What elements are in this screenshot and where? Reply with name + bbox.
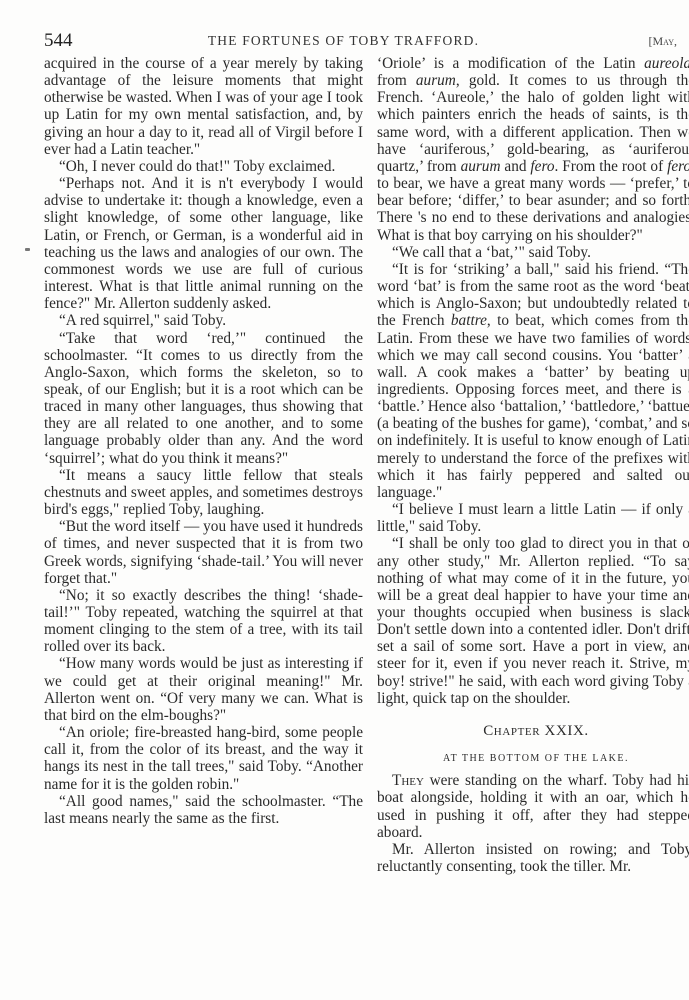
- paragraph: “No; it so exactly describes the thing! …: [44, 587, 363, 656]
- paragraph: “It means a saucy little fellow that ste…: [44, 467, 363, 518]
- paragraph: ‘Oriole’ is a modification of the Latin …: [377, 55, 689, 244]
- paragraph: “I believe I must learn a little Latin —…: [377, 501, 689, 535]
- paragraph: They were standing on the wharf. Toby ha…: [377, 772, 689, 841]
- issue-month: [May,: [649, 34, 678, 49]
- paragraph: “A red squirrel," said Toby.: [44, 312, 363, 329]
- paragraph: “Perhaps not. And it is n't everybody I …: [44, 175, 363, 312]
- paragraph: “Oh, I never could do that!" Toby exclai…: [44, 158, 363, 175]
- paragraph: “I shall be only too glad to direct you …: [377, 535, 689, 707]
- paragraph: Mr. Allerton insisted on rowing; and Tob…: [377, 841, 689, 875]
- paragraph: “We call that a ‘bat,’" said Toby.: [377, 244, 689, 261]
- scan-speck: [25, 248, 30, 251]
- page-header: 544 THE FORTUNES OF TOBY TRAFFORD. [May,: [44, 30, 679, 52]
- running-title: THE FORTUNES OF TOBY TRAFFORD.: [44, 33, 679, 49]
- paragraph: “All good names," said the schoolmaster.…: [44, 793, 363, 827]
- paragraph: “Take that word ‘red,’" continued the sc…: [44, 330, 363, 467]
- paragraph: “It is for ‘striking’ a ball," said his …: [377, 261, 689, 501]
- chapter-subtitle: AT THE BOTTOM OF THE LAKE.: [377, 750, 689, 767]
- drop-lead-word: They: [392, 772, 424, 789]
- left-column: acquired in the course of a year merely …: [44, 55, 363, 827]
- paragraph: “An oriole; fire-breasted hang-bird, som…: [44, 724, 363, 793]
- right-column: ‘Oriole’ is a modification of the Latin …: [377, 55, 689, 875]
- chapter-heading: Chapter XXIX.: [377, 723, 689, 740]
- paragraph: acquired in the course of a year merely …: [44, 55, 363, 158]
- paragraph: “How many words would be just as interes…: [44, 655, 363, 724]
- paragraph: “But the word itself — you have used it …: [44, 518, 363, 587]
